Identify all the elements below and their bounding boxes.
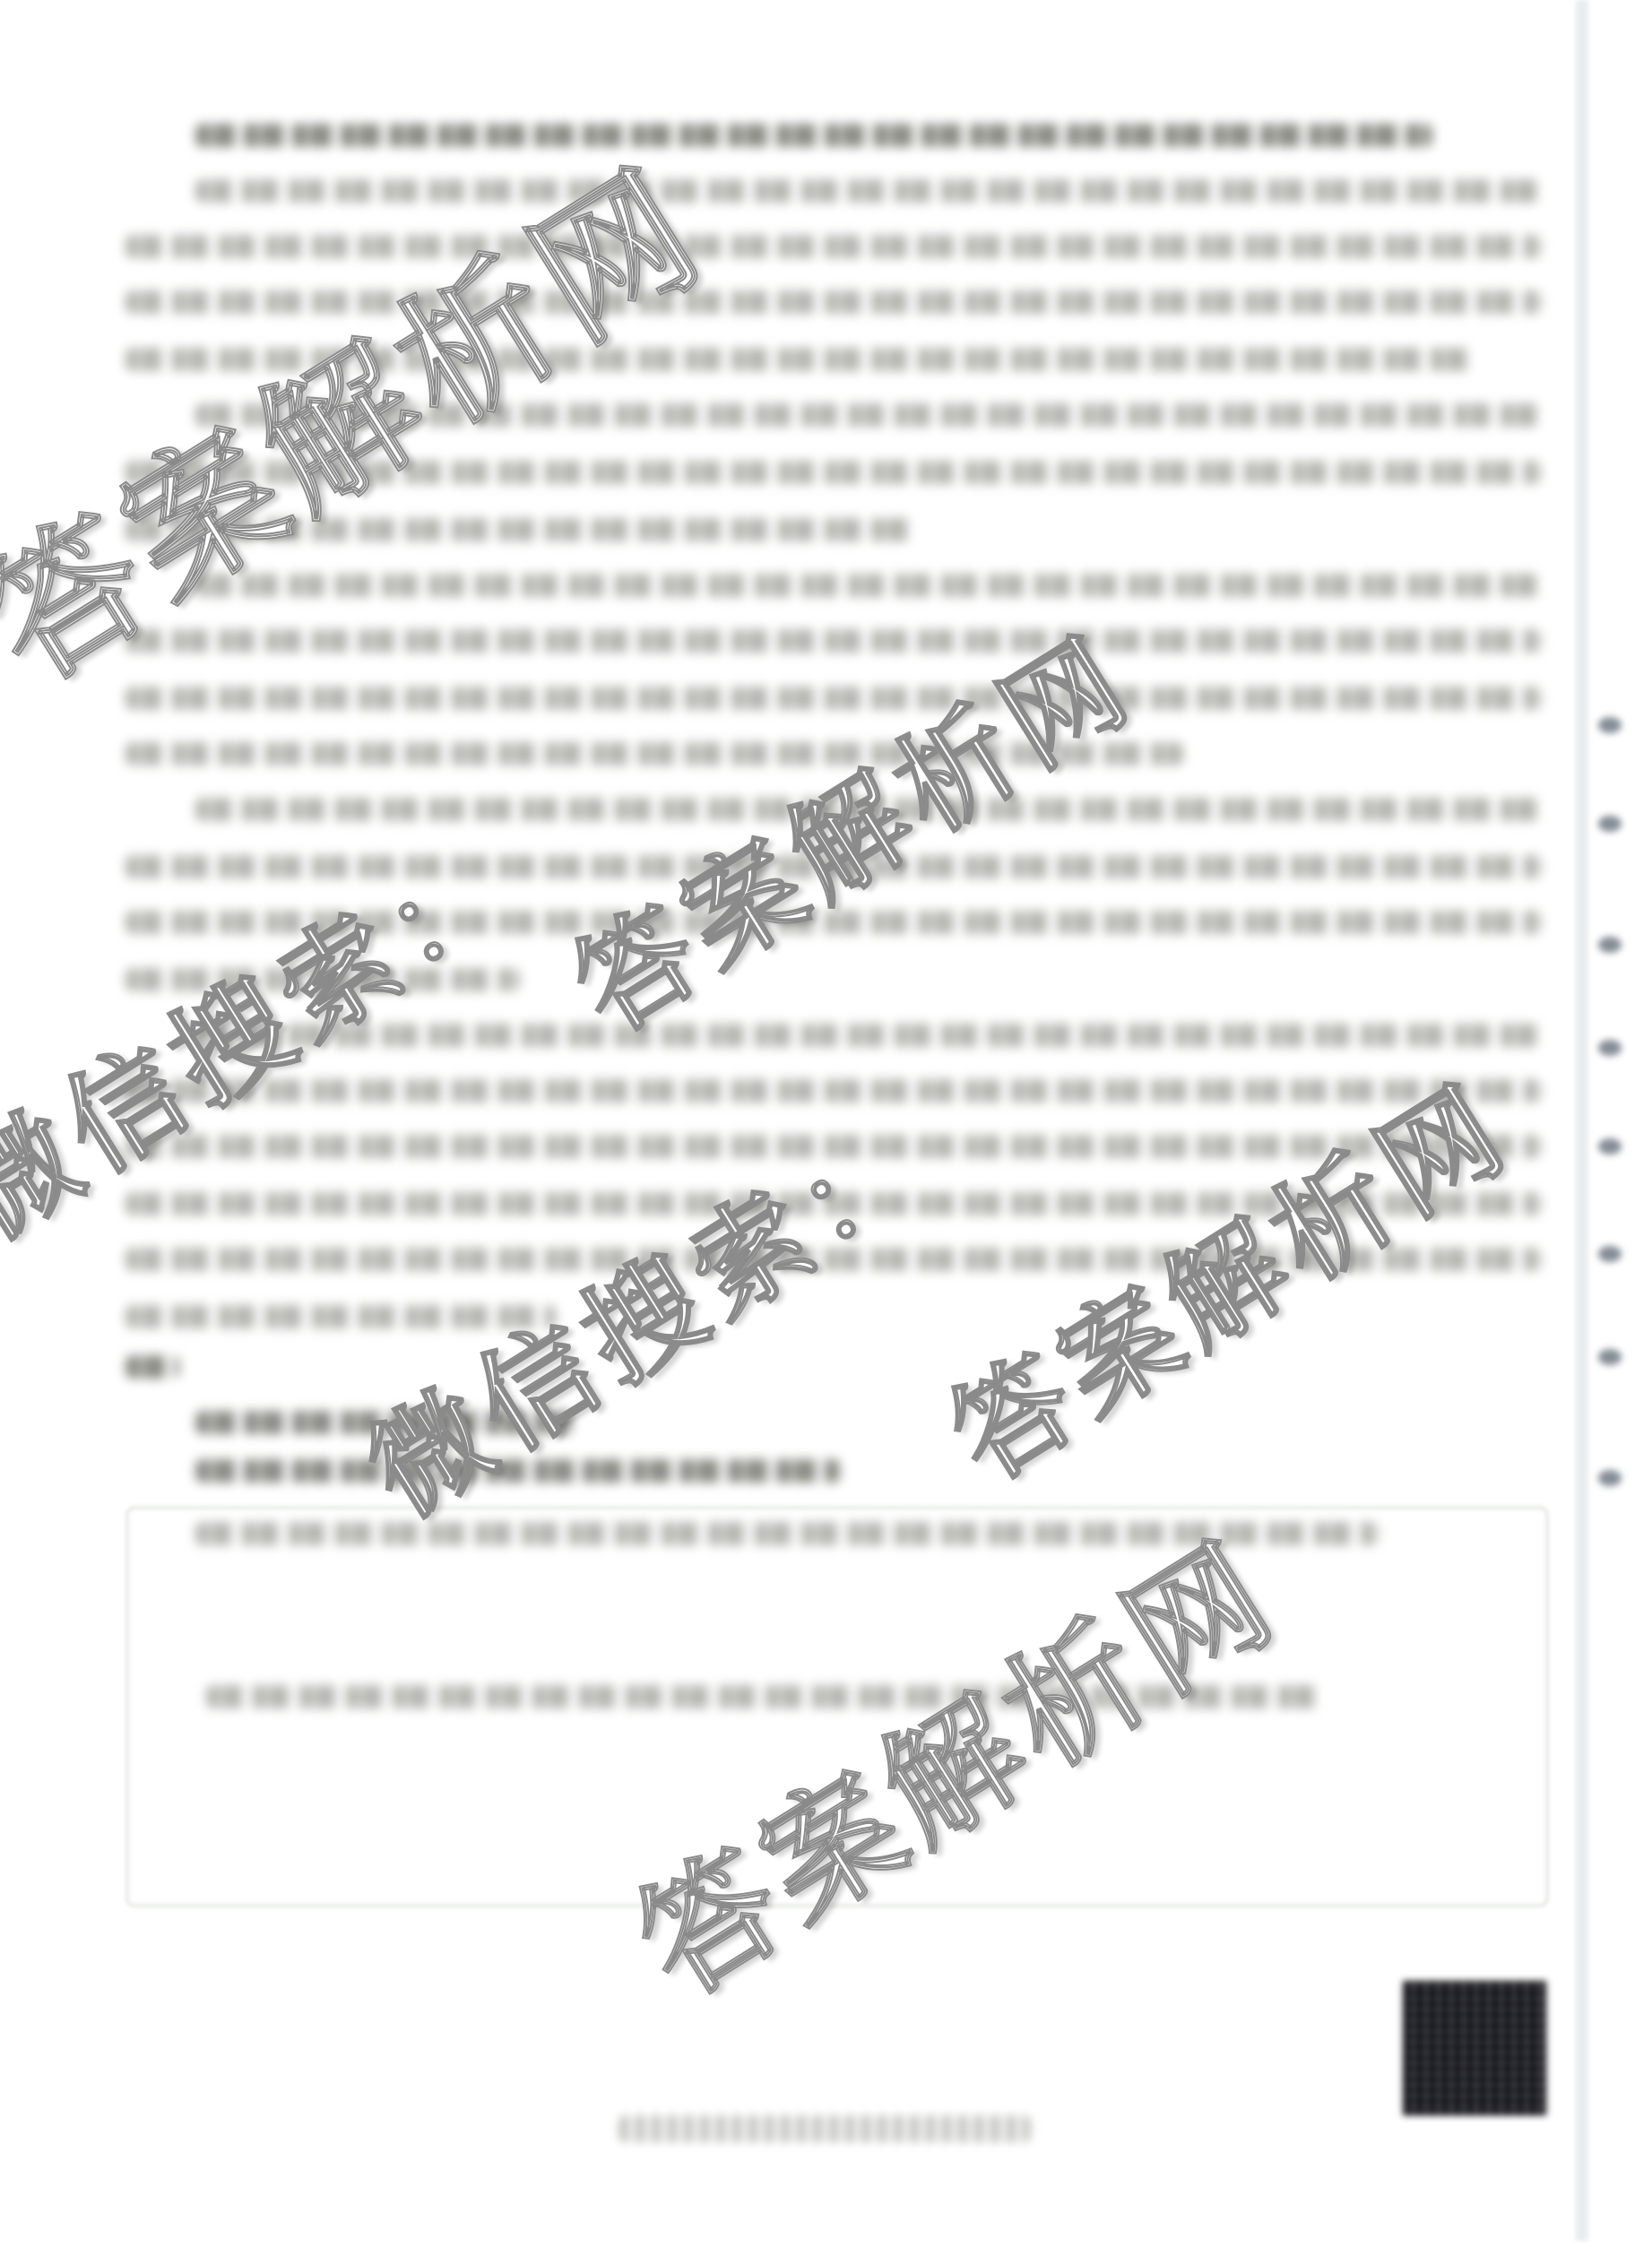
document-page: 答案解析网 答案解析网 微信搜索： 答案解析网 微信搜索： 答案解析网 [0,0,1652,2257]
text-line [195,124,1432,147]
text-line [195,574,1540,597]
watermark: 答案解析网 [915,1037,1536,1512]
section-label [125,1355,179,1379]
qr-code [1403,1981,1546,2115]
text-line [195,179,1540,203]
text-line [125,235,1542,258]
text-line [125,629,1542,653]
binding-hole-icon [1598,717,1622,733]
binding-hole-icon [1598,937,1622,953]
binding-hole-icon [1598,1138,1622,1154]
binding-hole-icon [1598,1349,1622,1365]
binding-margin-line [1575,0,1589,2241]
text-line [125,687,1542,710]
binding-hole-icon [1598,1246,1622,1262]
binding-hole-icon [1598,1040,1622,1056]
binding-hole-icon [1598,816,1622,832]
binding-hole-icon [1598,1470,1622,1486]
page-footer [618,2115,1031,2142]
watermark: 答案解析网 [539,589,1160,1064]
